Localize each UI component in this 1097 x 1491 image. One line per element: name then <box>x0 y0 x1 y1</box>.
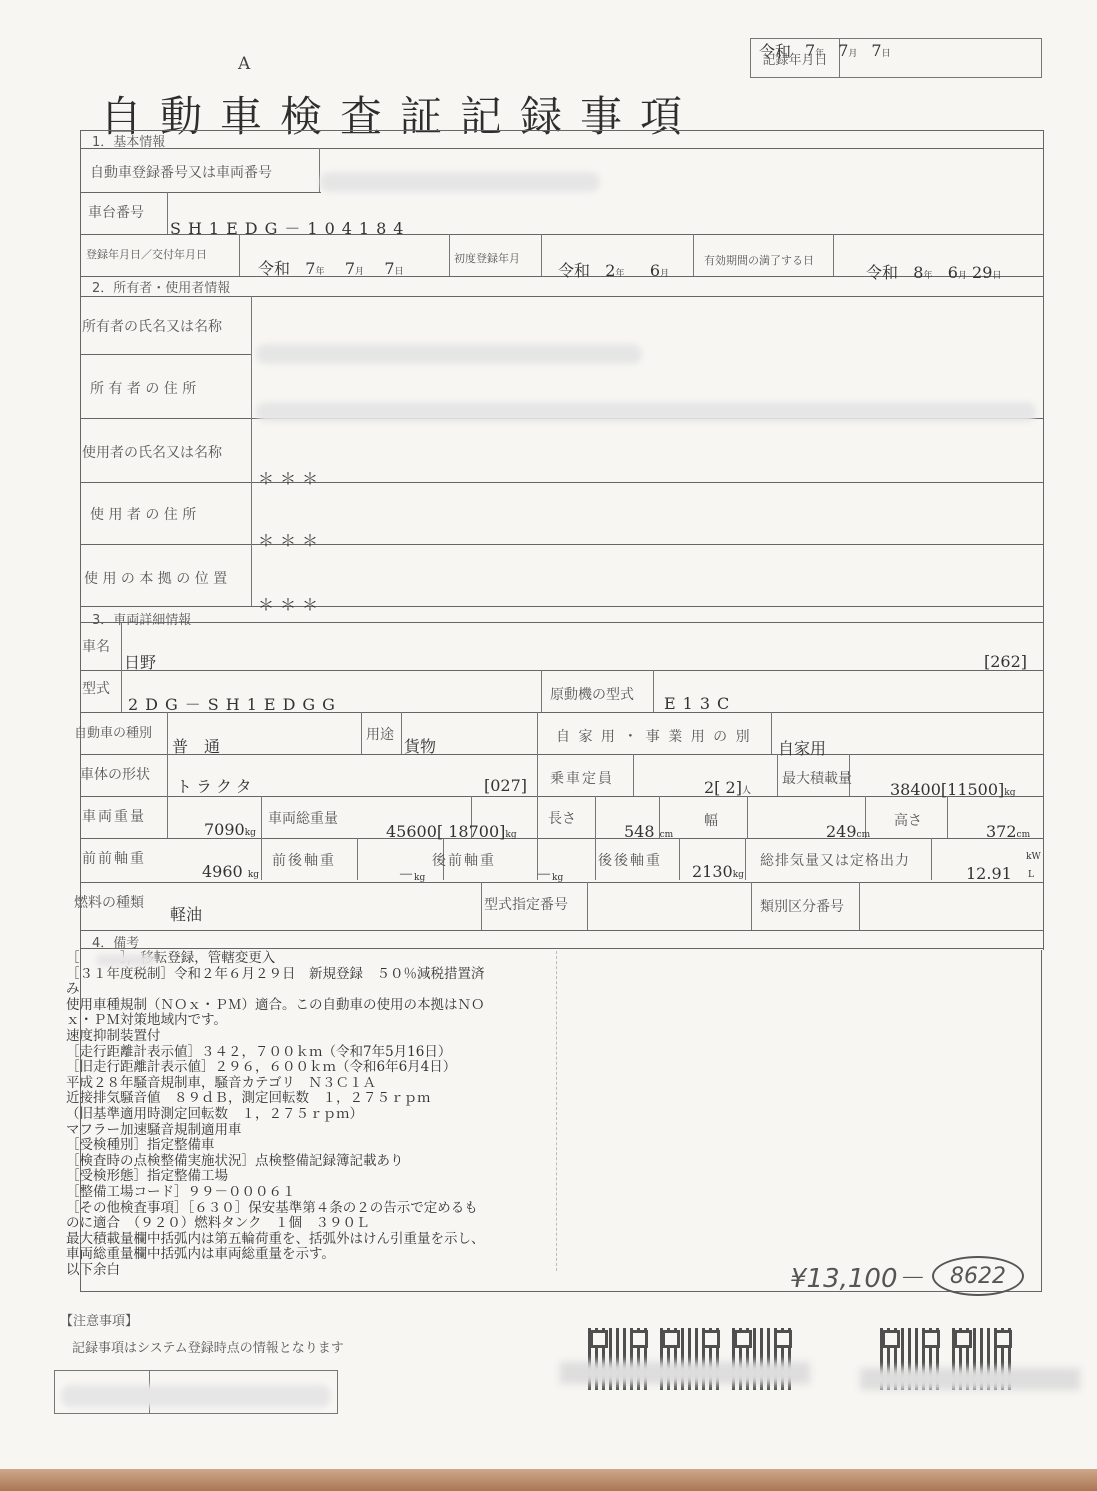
remarks-line: ［その他検査事項］［６３０］保安基準第４条の２の告示で定めるも <box>66 1201 556 1217</box>
type-designation-label: 型式指定番号 <box>484 894 568 914</box>
remarks-line: ［３１年度税制］令和２年６月２９日 新規登録 ５０％減税措置済 <box>66 967 556 983</box>
chassis-value: SH1EDG－104184 <box>170 216 410 239</box>
private-use-value: 自家用 <box>778 736 826 759</box>
car-name-code: [262] <box>984 652 1027 671</box>
record-date-value: 令和 7年 7月 7日 <box>751 39 891 62</box>
remarks-line: 近接排気騒音値 ８９ｄＢ，測定回転数 １，２７５ｒｐｍ <box>66 1091 556 1107</box>
owner-address-label: 所 有 者 の 住 所 <box>90 378 196 398</box>
remarks-line: マフラー加速騒音規制適用車 <box>66 1123 556 1139</box>
redacted-qr-area-1 <box>560 1362 810 1384</box>
vehicle-weight-label: 車両重量 <box>82 806 146 826</box>
front-rear-axle-value: －kg <box>398 862 425 885</box>
model-label: 型式 <box>82 678 110 698</box>
remarks-line: み <box>66 982 556 998</box>
id-box <box>54 1370 338 1414</box>
reg-number-label: 自動車登録番号又は車両番号 <box>90 162 272 182</box>
remarks-line: ［受検形態］指定整備工場 <box>66 1169 556 1185</box>
kind-label: 自動車の種別 <box>74 722 152 741</box>
reg-date-value: 令和 7年 7月 7日 <box>258 256 404 279</box>
length-label: 長さ <box>548 808 576 828</box>
category-number-label: 類別区分番号 <box>760 896 844 916</box>
table-surface <box>0 1469 1097 1491</box>
gross-weight-value: 45600[ 18700]kg <box>386 822 517 841</box>
displacement-unit-l: L <box>1028 870 1034 880</box>
private-use-label: 自 家 用 ・ 事 業 用 の 別 <box>556 726 752 746</box>
section-vehicle-detail-heading: 3．車両詳細情報 <box>92 609 191 628</box>
height-value: 372cm <box>986 822 1030 841</box>
body-shape-value: トラクタ <box>176 774 256 797</box>
record-date-box: 記録年月日 令和 7年 7月 7日 <box>750 38 1042 78</box>
redacted-owner-name <box>256 344 642 364</box>
owner-name-label: 所有者の氏名又は名称 <box>82 316 222 336</box>
section-owner-user-heading: 2．所有者・使用者情報 <box>92 277 230 296</box>
notice-heading: 【注意事項】 <box>60 1310 138 1329</box>
body-shape-code: [027] <box>484 776 527 795</box>
body-shape-label: 車体の形状 <box>80 764 150 784</box>
rear-rear-axle-value: 2130kg <box>692 862 744 881</box>
front-rear-axle-label: 前後軸重 <box>272 850 336 870</box>
section-remarks-heading: 4．備考 <box>92 932 139 951</box>
remarks-line: のに適合 （９２０）燃料タンク １個 ３９０Ｌ <box>66 1216 556 1232</box>
car-name-label: 車名 <box>82 636 110 656</box>
width-label: 幅 <box>704 810 718 830</box>
remarks-line: ［旧走行距離計表示値］２９６，６００ｋｍ（令和6年6月4日） <box>66 1060 556 1076</box>
base-location-label: 使 用 の 本 拠 の 位 置 <box>84 568 227 588</box>
displacement-unit-kw: kW <box>1026 852 1041 862</box>
redacted-reg-number <box>320 172 600 192</box>
remarks-line: ［受検種別］指定整備車 <box>66 1138 556 1154</box>
max-load-label: 最大積載量 <box>782 768 852 788</box>
displacement-label: 総排気量又は定格出力 <box>760 850 910 870</box>
form-mark: A <box>238 54 250 74</box>
user-address-label: 使 用 者 の 住 所 <box>90 504 196 524</box>
length-value: 548 cm <box>624 822 673 841</box>
use-label: 用途 <box>366 724 394 744</box>
remarks-line: ［検査時の点検整備実施状況］点検整備記録簿記載あり <box>66 1154 556 1170</box>
first-reg-label: 初度登録年月 <box>454 250 520 266</box>
rear-front-axle-label: 後前軸重 <box>432 850 496 870</box>
use-value: 貨物 <box>404 734 436 757</box>
rear-front-axle-value: －kg <box>536 862 563 885</box>
remarks-line: ｘ・ＰＭ対策地域内です。 <box>66 1013 556 1029</box>
handwritten-number: 8622 <box>932 1256 1024 1296</box>
fuel-value: 軽油 <box>170 902 202 925</box>
width-value: 249cm <box>826 822 870 841</box>
fuel-label: 燃料の種類 <box>74 892 144 912</box>
remarks-text: ［ ］，移転登録，管轄変更入［３１年度税制］令和２年６月２９日 新規登録 ５０％… <box>66 951 556 1278</box>
displacement-value: 12.91 <box>966 864 1012 883</box>
redacted-qr-area-2 <box>860 1368 1080 1390</box>
expiry-label: 有効期間の満了する日 <box>704 252 814 268</box>
section-basic-info-heading: 1．基本情報 <box>92 131 165 150</box>
remarks-line: 速度抑制装置付 <box>66 1029 556 1045</box>
front-front-axle-value: 4960 kg <box>202 862 259 881</box>
user-name-value: ＊＊＊ <box>258 466 324 489</box>
kind-value: 普 通 <box>172 734 220 757</box>
remarks-line: 最大積載量欄中括弧内は第五輪荷重を、括弧外はけん引重量を示し、 <box>66 1232 556 1248</box>
engine-value: E13C <box>664 694 736 713</box>
expiry-value: 令和 8年 6月 29日 <box>866 260 1001 283</box>
redacted-id <box>61 1385 331 1407</box>
user-address-value: ＊＊＊ <box>258 528 324 551</box>
remarks-line: ［走行距離計表示値］３４２，７００ｋｍ（令和7年5月16日） <box>66 1045 556 1061</box>
vehicle-weight-value: 7090kg <box>204 820 256 839</box>
remarks-line: 平成２８年騒音規制車，騒音カテゴリ Ｎ３Ｃ１Ａ <box>66 1076 556 1092</box>
remarks-line: （旧基準適用時測定回転数 １，２７５ｒｐｍ） <box>66 1107 556 1123</box>
reg-date-label: 登録年月日／交付年月日 <box>86 246 207 262</box>
redacted-remark <box>96 954 156 966</box>
first-reg-value: 令和 2年 6月 <box>558 258 669 281</box>
engine-label: 原動機の型式 <box>550 684 634 704</box>
user-name-label: 使用者の氏名又は名称 <box>82 442 222 462</box>
notice-text: 記録事項はシステム登録時点の情報となります <box>72 1337 344 1356</box>
redacted-owner-address <box>256 402 1036 422</box>
height-label: 高さ <box>894 810 922 830</box>
remarks-line: 車両総重量欄中括弧内は車両総重量を示す。 <box>66 1247 556 1263</box>
car-name-value: 日野 <box>124 650 156 673</box>
gross-weight-label: 車両総重量 <box>268 808 338 828</box>
rear-rear-axle-label: 後後軸重 <box>598 850 662 870</box>
remarks-line: 以下余白 <box>66 1263 556 1279</box>
base-location-value: ＊＊＊ <box>258 592 324 615</box>
remarks-line: ［整備工場コード］９９－０００６１ <box>66 1185 556 1201</box>
chassis-label: 車台番号 <box>88 202 144 222</box>
capacity-value: 2[ 2]人 <box>704 778 751 797</box>
model-value: 2DG－SH1EDGG <box>128 692 342 715</box>
front-front-axle-label: 前前軸重 <box>82 848 146 868</box>
max-load-value: 38400[11500]kg <box>890 780 1016 799</box>
inspection-record-sheet: A 自動車検査証記録事項 記録年月日 令和 7年 7月 7日 <box>0 0 1097 1491</box>
capacity-label: 乗車定員 <box>550 768 614 788</box>
remarks-divider <box>556 951 557 1271</box>
handwritten-price: ¥13,100－ <box>790 1258 924 1295</box>
